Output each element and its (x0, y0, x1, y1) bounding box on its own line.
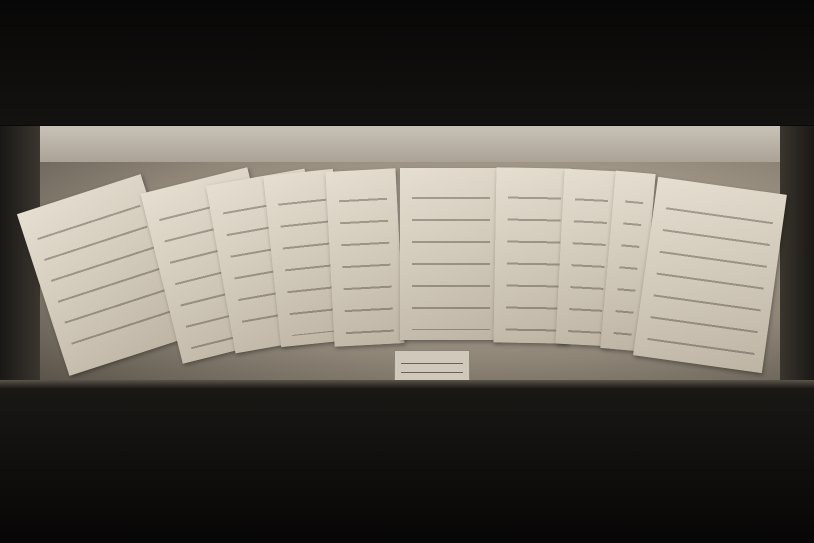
display-case-photo (0, 0, 814, 543)
manuscript-page (633, 177, 787, 373)
case-right-frame (780, 126, 814, 396)
glass-front-edge (0, 380, 814, 388)
manuscript-page (400, 168, 500, 340)
case-back-wall (14, 126, 800, 168)
case-base (0, 388, 814, 543)
case-ceiling (0, 0, 814, 125)
manuscript-page (325, 168, 404, 346)
